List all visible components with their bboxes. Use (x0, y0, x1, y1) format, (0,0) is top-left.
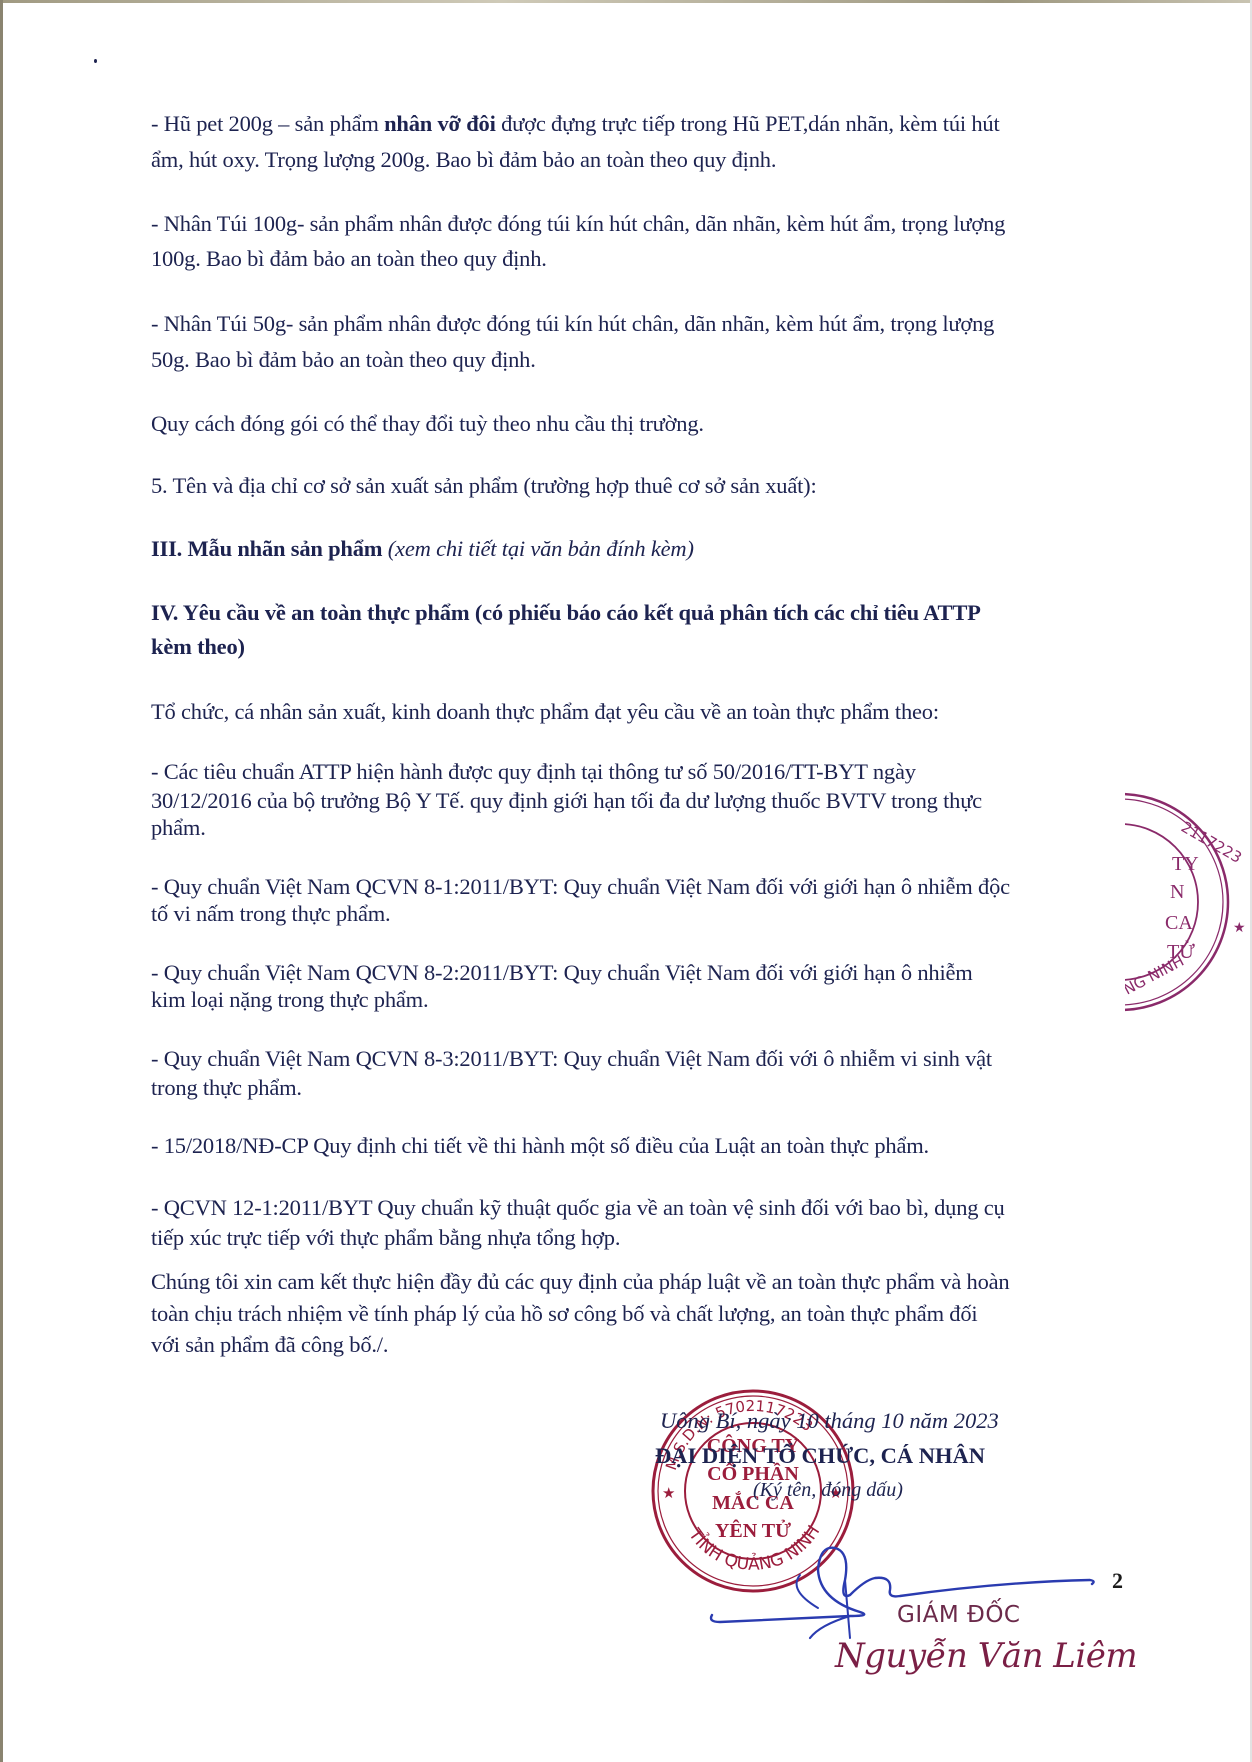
bold-term: nhân vỡ đôi (384, 111, 496, 136)
standard-item: - QCVN 12-1:2011/BYT Quy chuẩn kỹ thuật … (151, 1195, 1005, 1221)
item-5-production-facility: 5. Tên và địa chỉ cơ sở sản xuất sản phẩ… (151, 473, 817, 499)
commitment-statement-cont: với sản phẩm đã công bố./. (151, 1332, 388, 1358)
partial-seal-margin: TY N CA TỬ ★ 2117223 NG NINH (1125, 790, 1252, 1015)
standard-item-cont: phẩm. (151, 815, 206, 841)
svg-text:N: N (1170, 881, 1184, 903)
section-4-heading-cont: kèm theo) (151, 634, 245, 660)
representative-label: ĐẠI DIỆN TỔ CHỨC, CÁ NHÂN (655, 1443, 985, 1469)
section-4-intro: Tổ chức, cá nhân sản xuất, kinh doanh th… (151, 699, 939, 725)
packaging-item-pet-200g-cont: ẩm, hút oxy. Trọng lượng 200g. Bao bì đả… (151, 147, 776, 173)
sign-and-seal-note: (Ký tên, đóng dấu) (753, 1479, 903, 1502)
standard-item-cont: tiếp xúc trực tiếp với thực phẩm bằng nh… (151, 1225, 620, 1251)
standard-item: - Quy chuẩn Việt Nam QCVN 8-2:2011/BYT: … (151, 960, 973, 986)
standard-item-cont: kim loại nặng trong thực phẩm. (151, 987, 428, 1013)
star-icon: ★ (662, 1486, 675, 1502)
director-name: Nguyễn Văn Liêm (835, 1636, 1137, 1676)
packaging-item-bag-100g: - Nhân Túi 100g- sản phẩm nhân được đóng… (151, 211, 1005, 237)
scan-speck (94, 59, 97, 63)
svg-text:NG NINH: NG NINH (1125, 952, 1187, 999)
packaging-item-bag-100g-cont: 100g. Bao bì đảm bảo an toàn theo quy đị… (151, 246, 547, 272)
section-3-heading: III. Mẫu nhãn sản phẩm (xem chi tiết tại… (151, 536, 694, 562)
scan-edge-left (0, 0, 3, 1762)
svg-text:★: ★ (1233, 921, 1246, 936)
signature-date: Uông Bí, ngày 10 tháng 10 năm 2023 (660, 1408, 999, 1434)
packaging-item-bag-50g: - Nhân Túi 50g- sản phẩm nhân được đóng … (151, 311, 994, 337)
standard-item: - Quy chuẩn Việt Nam QCVN 8-3:2011/BYT: … (151, 1046, 992, 1072)
packaging-note: Quy cách đóng gói có thể thay đổi tuỳ th… (151, 411, 704, 437)
commitment-statement-cont: toàn chịu trách nhiệm về tính pháp lý củ… (151, 1301, 977, 1327)
standard-item: - Các tiêu chuẩn ATTP hiện hành được quy… (151, 759, 916, 785)
standard-item: - Quy chuẩn Việt Nam QCVN 8-1:2011/BYT: … (151, 874, 1010, 900)
section-4-heading: IV. Yêu cầu về an toàn thực phẩm (có phi… (151, 600, 981, 626)
standard-item-cont: trong thực phẩm. (151, 1075, 302, 1101)
svg-text:TY: TY (1172, 853, 1199, 875)
packaging-item-pet-200g: - Hũ pet 200g – sản phẩm nhân vỡ đôi đượ… (151, 111, 1000, 137)
director-title: GIÁM ĐỐC (897, 1602, 1020, 1628)
packaging-item-bag-50g-cont: 50g. Bao bì đảm bảo an toàn theo quy địn… (151, 347, 536, 373)
scan-edge-top (0, 0, 1252, 3)
standard-item-cont: tố vi nấm trong thực phẩm. (151, 901, 390, 927)
commitment-statement: Chúng tôi xin cam kết thực hiện đầy đủ c… (151, 1269, 1009, 1295)
standard-item: - 15/2018/NĐ-CP Quy định chi tiết về thi… (151, 1133, 929, 1159)
svg-text:CA: CA (1165, 912, 1193, 934)
standard-item-cont: 30/12/2016 của bộ trưởng Bộ Y Tế. quy đị… (151, 788, 982, 814)
